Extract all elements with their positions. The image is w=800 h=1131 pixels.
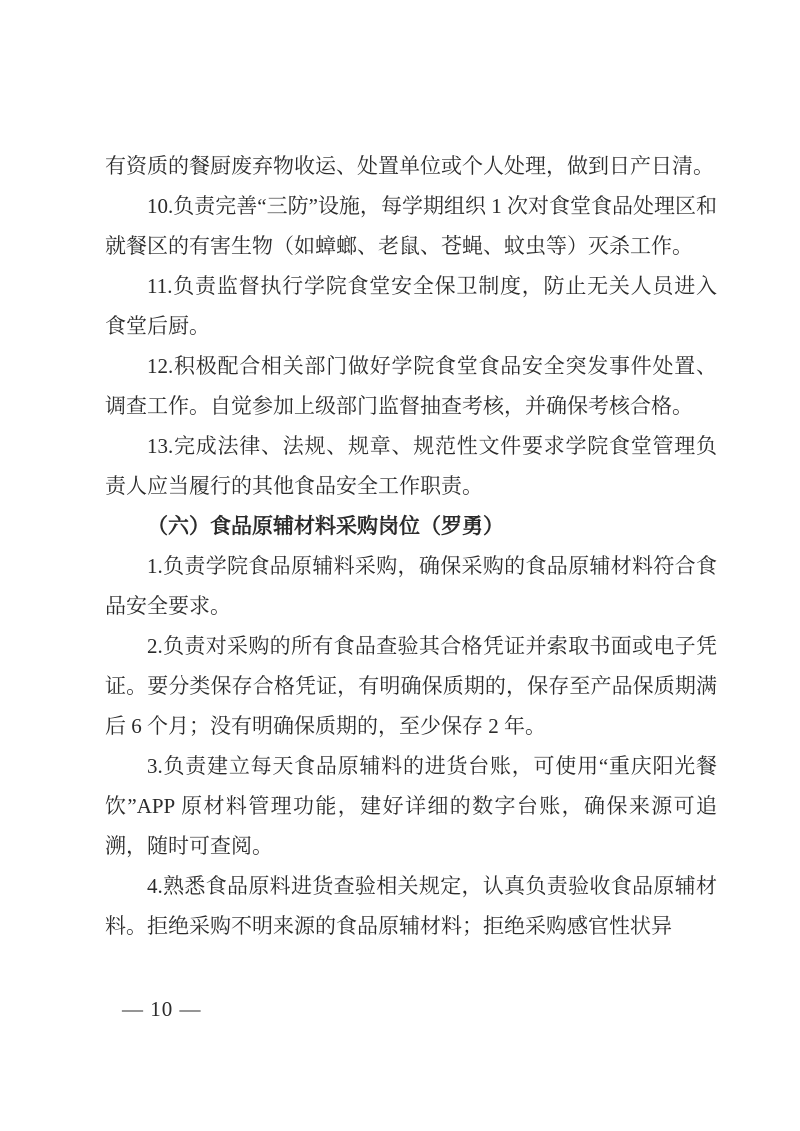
paragraph-item-11: 11.负责监督执行学院食堂安全保卫制度，防止无关人员进入食堂后厨。: [105, 266, 717, 346]
paragraph-item-3: 3.负责建立每天食品原辅料的进货台账，可使用“重庆阳光餐饮”APP 原材料管理功…: [105, 746, 717, 866]
paragraph-continuation: 有资质的餐厨废弃物收运、处置单位或个人处理，做到日产日清。: [105, 146, 717, 186]
paragraph-item-1: 1.负责学院食品原辅料采购，确保采购的食品原辅材料符合食品安全要求。: [105, 546, 717, 626]
document-page: 有资质的餐厨废弃物收运、处置单位或个人处理，做到日产日清。 10.负责完善“三防…: [0, 0, 800, 1131]
paragraph-item-10: 10.负责完善“三防”设施，每学期组织 1 次对食堂食品处理区和就餐区的有害生物…: [105, 186, 717, 266]
section-heading: （六）食品原辅材料采购岗位（罗勇）: [105, 506, 717, 546]
paragraph-item-4: 4.熟悉食品原料进货查验相关规定，认真负责验收食品原辅材料。拒绝采购不明来源的食…: [105, 866, 717, 946]
paragraph-item-2: 2.负责对采购的所有食品查验其合格凭证并索取书面或电子凭证。要分类保存合格凭证，…: [105, 626, 717, 746]
page-number: — 10 —: [122, 994, 202, 1024]
paragraph-item-13: 13.完成法律、法规、规章、规范性文件要求学院食堂管理负责人应当履行的其他食品安…: [105, 426, 717, 506]
document-body: 有资质的餐厨废弃物收运、处置单位或个人处理，做到日产日清。 10.负责完善“三防…: [105, 146, 717, 946]
paragraph-item-12: 12.积极配合相关部门做好学院食堂食品安全突发事件处置、调查工作。自觉参加上级部…: [105, 346, 717, 426]
